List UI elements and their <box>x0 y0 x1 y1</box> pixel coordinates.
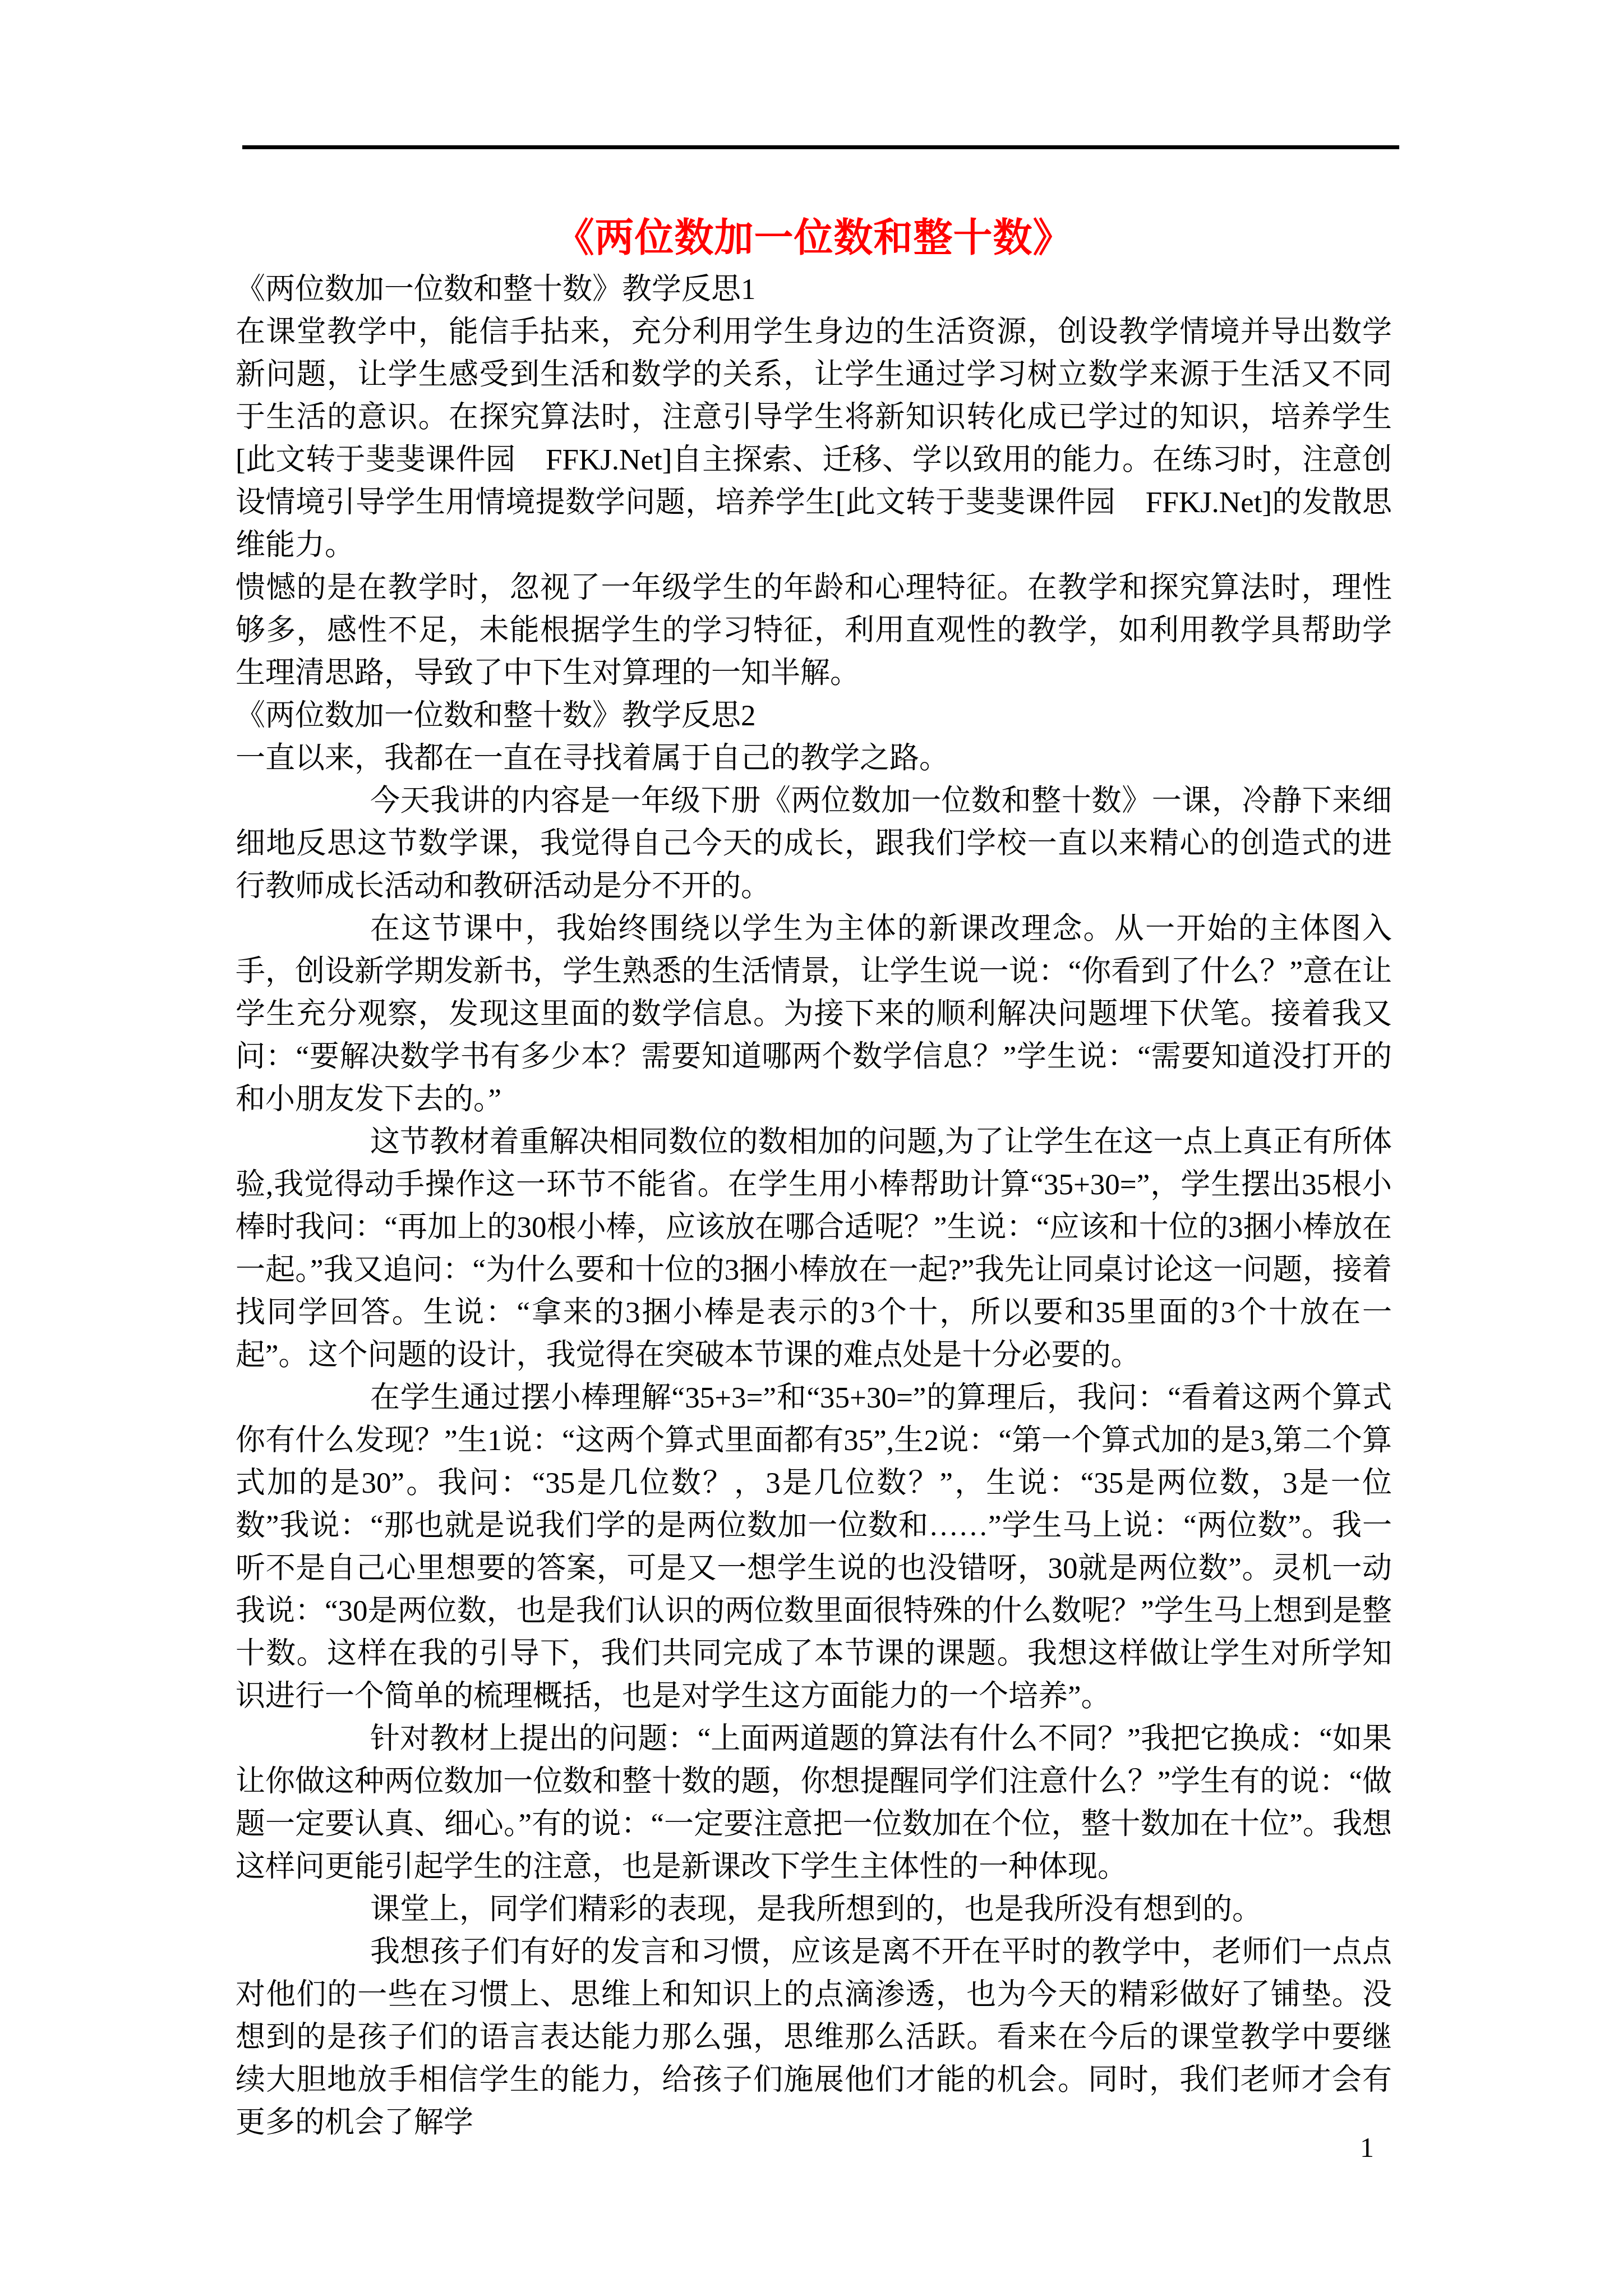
heading-reflection-1: 《两位数加一位数和整十数》教学反思1 <box>236 268 1392 311</box>
heading-reflection-2: 《两位数加一位数和整十数》教学反思2 <box>236 694 1392 737</box>
paragraph: 针对教材上提出的问题：“上面两道题的算法有什么不同？”我把它换成：“如果让你做这… <box>236 1718 1392 1888</box>
page-number: 1 <box>1360 2132 1374 2163</box>
page-title: 《两位数加一位数和整十数》 <box>236 206 1392 263</box>
paragraph: 一直以来，我都在一直在寻找着属于自己的教学之路。 <box>236 737 1392 780</box>
paragraph: 课堂上，同学们精彩的表现，是我所想到的，也是我所没有想到的。 <box>236 1888 1392 1931</box>
paragraph: 今天我讲的内容是一年级下册《两位数加一位数和整十数》一课，冷静下来细细地反思这节… <box>236 780 1392 908</box>
paragraph: 我想孩子们有好的发言和习惯，应该是离不开在平时的教学中，老师们一点点对他们的一些… <box>236 1931 1392 2144</box>
header-divider-rule <box>242 145 1399 149</box>
document-body: 《两位数加一位数和整十数》教学反思1 在课堂教学中，能信手拈来，充分利用学生身边… <box>236 268 1392 2144</box>
document-page: 《两位数加一位数和整十数》 《两位数加一位数和整十数》教学反思1 在课堂教学中，… <box>0 0 1623 2296</box>
paragraph: 在学生通过摆小棒理解“35+3=”和“35+30=”的算理后，我问：“看着这两个… <box>236 1377 1392 1718</box>
paragraph: 这节教材着重解决相同数位的数相加的问题,为了让学生在这一点上真正有所体验,我觉得… <box>236 1121 1392 1377</box>
paragraph: 愦憾的是在教学时，忽视了一年级学生的年龄和心理特征。在教学和探究算法时，理性够多… <box>236 567 1392 694</box>
paragraph: 在课堂教学中，能信手拈来，充分利用学生身边的生活资源，创设教学情境并导出数学新问… <box>236 311 1392 567</box>
paragraph: 在这节课中，我始终围绕以学生为主体的新课改理念。从一开始的主体图入手，创设新学期… <box>236 908 1392 1121</box>
